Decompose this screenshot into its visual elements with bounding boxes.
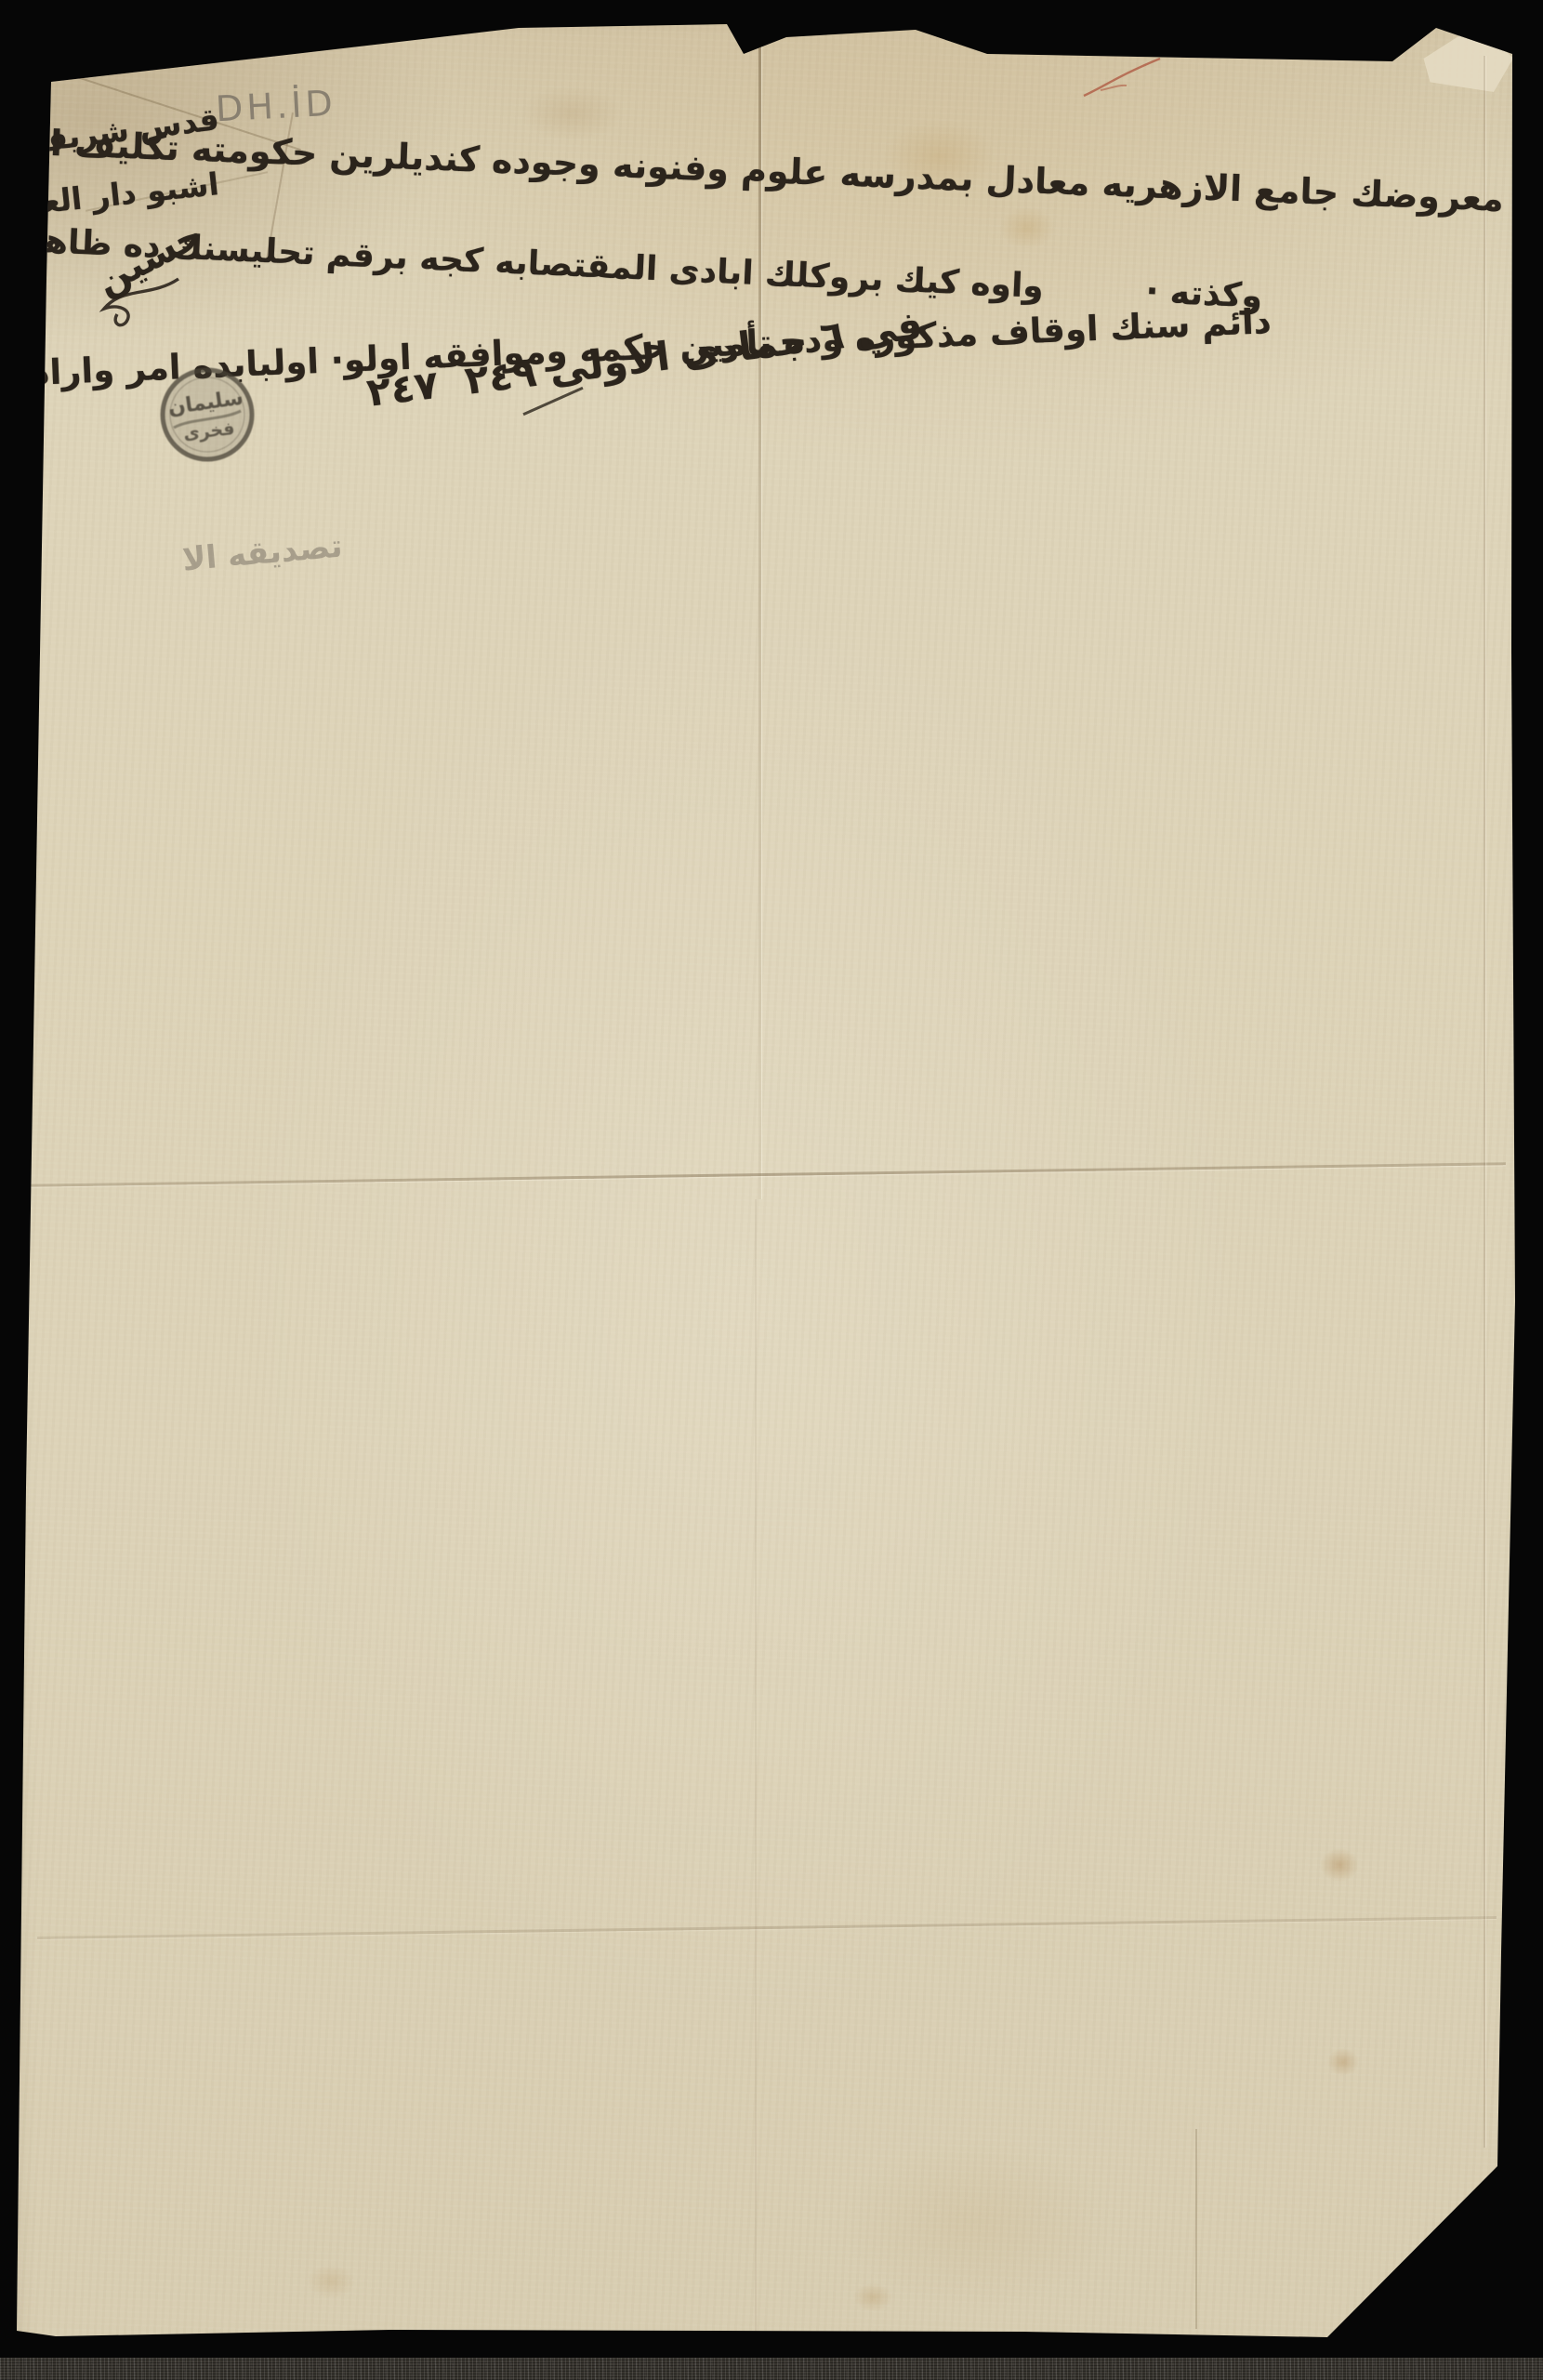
torn-corner-flap xyxy=(1421,20,1517,94)
crease-horizontal-upper xyxy=(28,1162,1506,1187)
scanner-tray xyxy=(0,2358,1543,2380)
pencil-note: تصديقه الا xyxy=(181,528,344,579)
crease-vertical-center-lower xyxy=(755,1199,757,2334)
crease-vertical-center xyxy=(758,28,761,1199)
document-paper: DH.İD معروضك جامع الازهريه معادل بمدرسه … xyxy=(0,0,1543,2380)
scan-background: { "scan": { "archive_code": "DH.İD", "ba… xyxy=(0,0,1543,2380)
crease-horizontal-lower xyxy=(37,1916,1497,1939)
paper-stain xyxy=(1327,2048,1359,2076)
archive-code-note: DH.İD xyxy=(215,83,337,130)
seal-stamp: سليمان فخرى xyxy=(155,363,259,467)
paper-stain xyxy=(837,2138,1115,2306)
line-gap xyxy=(1043,297,1145,302)
paper-stain xyxy=(1320,1848,1359,1882)
paper-stain xyxy=(521,86,623,141)
crease-bottom-right-fold xyxy=(1195,2129,1197,2329)
crease-right-fold xyxy=(1484,56,1485,2148)
paper-stain xyxy=(307,2265,355,2298)
paper-stain xyxy=(853,2283,892,2311)
signature-flourish xyxy=(86,270,188,335)
red-pencil-mark xyxy=(1078,51,1171,107)
